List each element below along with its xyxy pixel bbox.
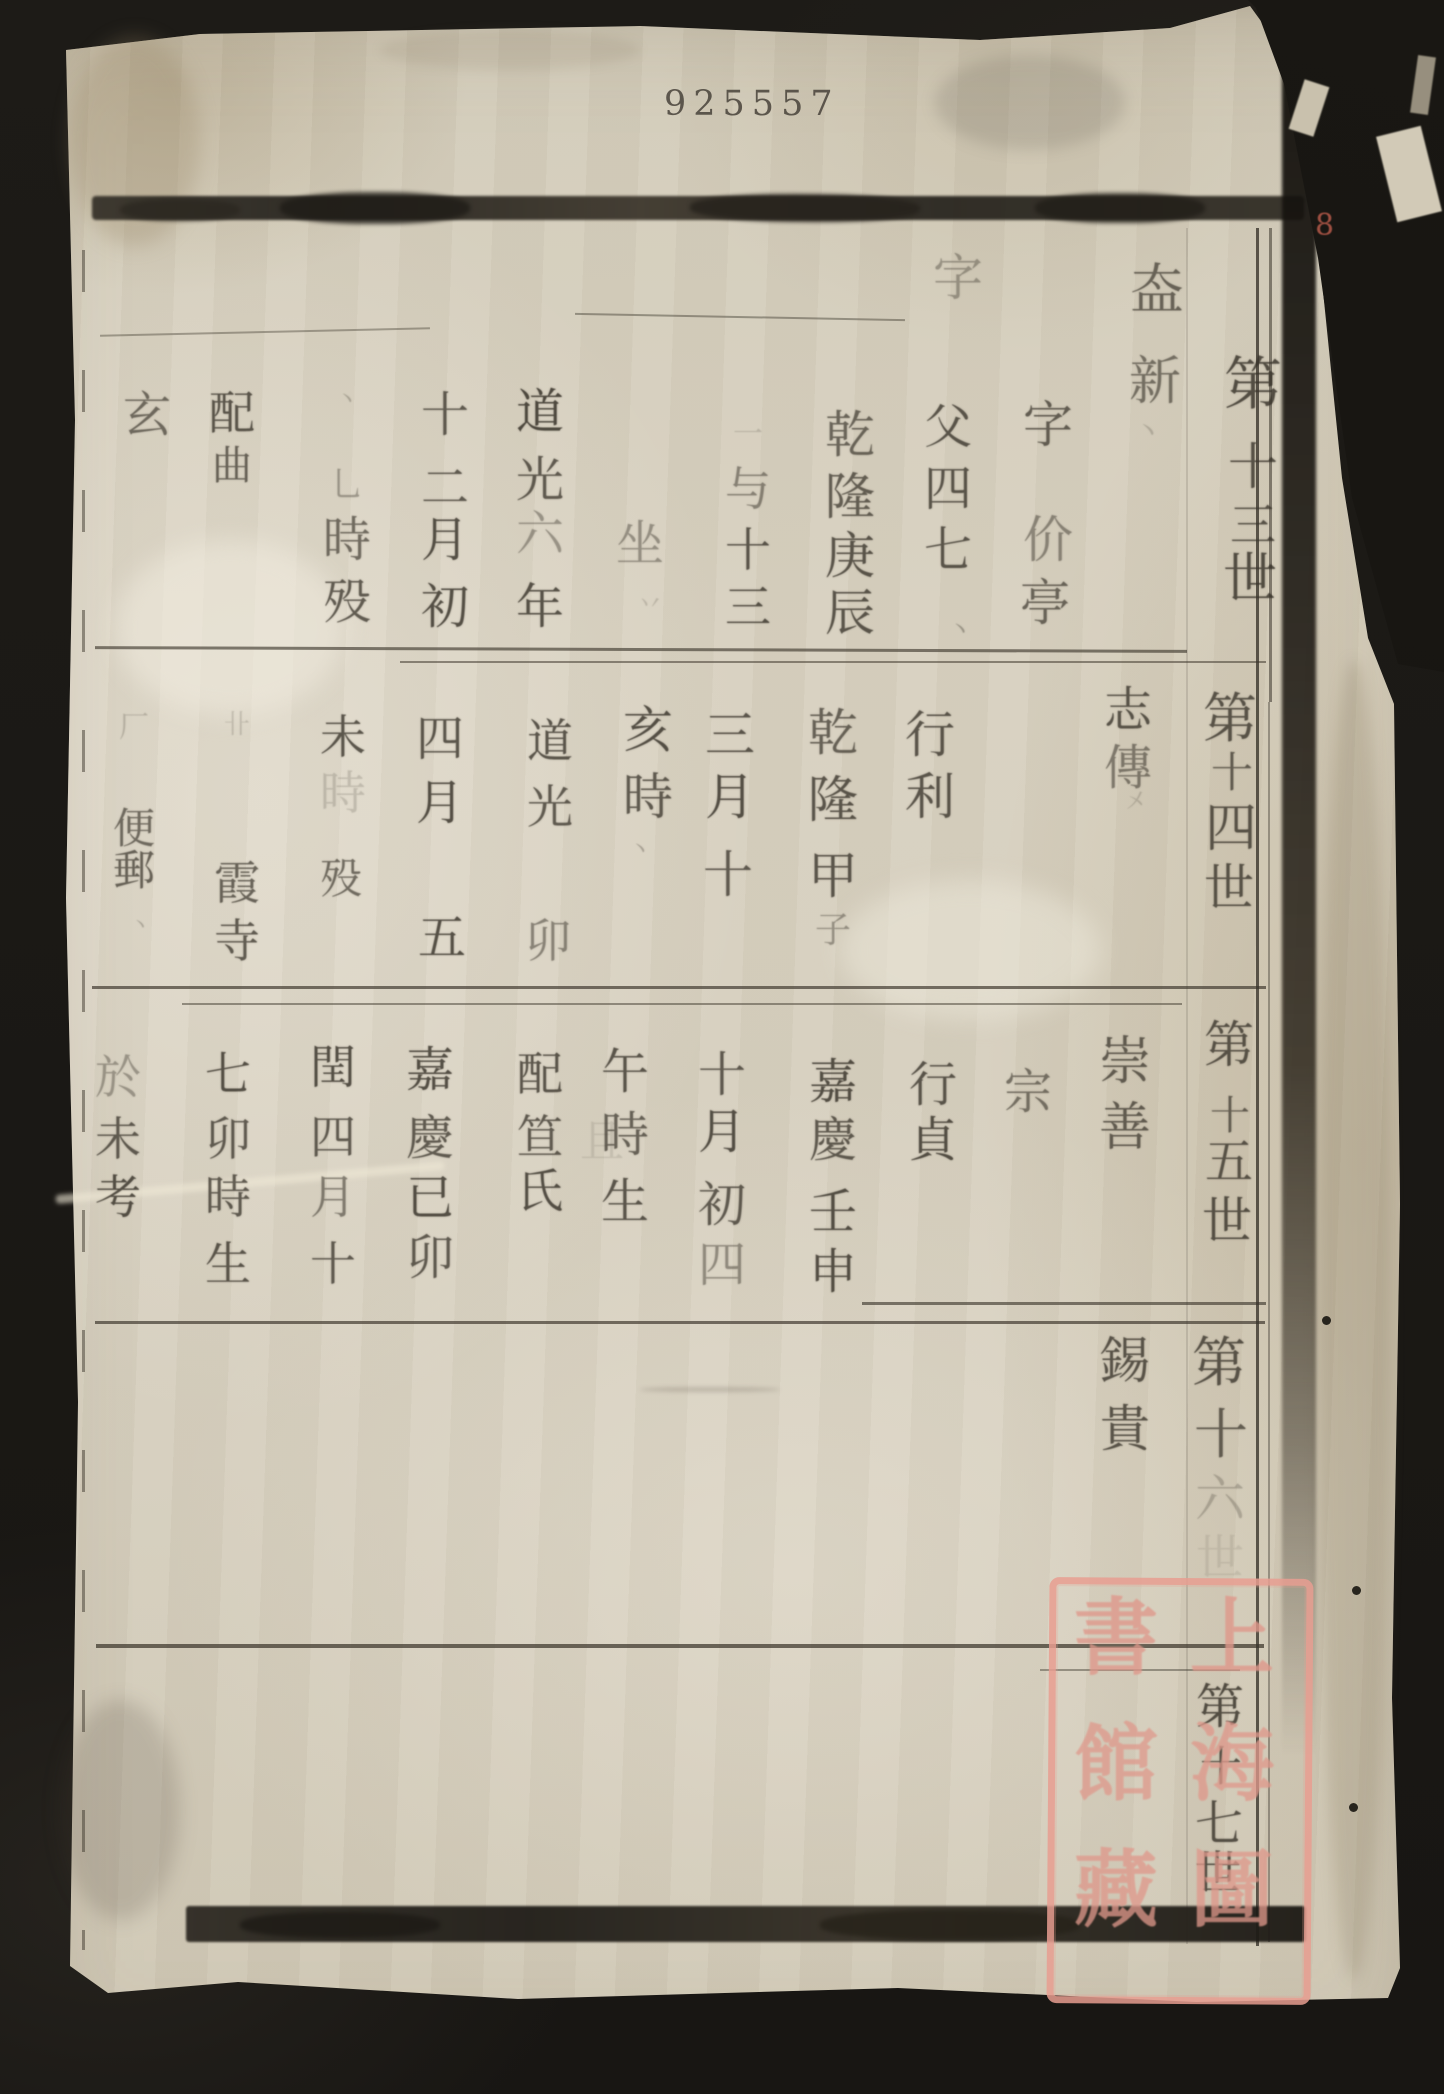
- gen13-col-rank-char: 七: [924, 526, 972, 574]
- gen14-label-char: 世: [1204, 863, 1254, 913]
- gen15-col-birth-year-char: 壬: [809, 1188, 857, 1236]
- gen14-col-death-year-char: 光: [527, 784, 573, 830]
- gen14-col-death-month-char: 五: [418, 914, 466, 962]
- bleedthrough-mark-char: 且: [580, 1120, 624, 1164]
- gen15-col-spouse-char: 笪: [517, 1114, 563, 1160]
- gen15-label-char: 五: [1205, 1138, 1253, 1186]
- gen15-col-spouse-birth-year-char: 卯: [406, 1234, 454, 1282]
- gen14-col-death-hour-char: 時: [320, 770, 366, 816]
- gen14-label-char: 四: [1205, 803, 1257, 855]
- gen13-col-age-char: 一: [733, 420, 763, 450]
- gen14-col-birth-year-char: 隆: [808, 775, 858, 825]
- gen13-col-faded-char: 坐: [616, 520, 664, 568]
- gen15-col-spouse-birth-year-char: 嘉: [406, 1046, 454, 1094]
- gen14-col-death-year-char: 卯: [525, 918, 571, 964]
- gen15-col-birth-year-char: 嘉: [809, 1058, 857, 1106]
- gen13-col-rank-char: 父: [924, 403, 972, 451]
- gen15-col-birth-hour-char: 生: [601, 1178, 649, 1226]
- gen13-col-age-char: 与: [725, 466, 771, 512]
- gen15-col-spouse-birth-hour-char: 卯: [205, 1116, 251, 1162]
- header-scribble-char: 字: [933, 253, 983, 303]
- gen15-col-birth-year-char: 慶: [809, 1116, 857, 1164]
- gen14-col-birth-month-char: 十: [703, 850, 753, 900]
- gen13-label-char: 十: [1228, 442, 1278, 492]
- gen14-col-death-hour-char: 未: [320, 714, 366, 760]
- gen15-col-spouse-birth-month-char: 閏: [310, 1044, 356, 1090]
- gen15-col-spouse-birth-year-char: 慶: [406, 1114, 454, 1162]
- seal-left-column-char: 藏: [1074, 1848, 1158, 1932]
- gen13-col-birth-year-char: 庚: [825, 531, 875, 581]
- gen14-col-birth-hour-char: 丶: [629, 840, 651, 862]
- gen15-col-spouse-birth-hour-char: 生: [205, 1241, 251, 1287]
- gen14-name-char: 志: [1104, 686, 1152, 734]
- gen13-name-char: 盇: [1130, 263, 1184, 317]
- vertical-text-layer: 字第十三世盇新丶字价亭父四七丶乾隆庚辰一与十三坐丷道光六年十二月初丶乚時殁配曲玄…: [0, 0, 1444, 2094]
- gen16-label-char: 十: [1194, 1408, 1248, 1462]
- gen14-col-birth-year-char: 乾: [808, 708, 858, 758]
- gen15-col-spouse-birth-month-char: 十: [310, 1241, 356, 1287]
- gen15-col-birth-hour-char: 午: [601, 1048, 649, 1096]
- gen13-col-death-hour-char: 丶: [336, 390, 358, 412]
- gen14-name-char: 傳: [1104, 744, 1152, 792]
- gen15-col-birth-month-char: 十: [698, 1051, 746, 1099]
- gen15-col-spouse-birth-month-char: 四: [310, 1114, 356, 1160]
- gen14-col-note-char: 便: [113, 808, 155, 850]
- gen15-col-spouse-birth-month-char: 月: [310, 1174, 356, 1220]
- gen13-col-rank-char: 四: [924, 465, 972, 513]
- gen13-col-rank-char: 丶: [948, 618, 972, 642]
- gen13-col-birth-year-char: 乾: [825, 410, 875, 460]
- gen14-col-burial-char: 卝: [224, 712, 250, 738]
- gen13-col-death-year-char: 光: [516, 456, 564, 504]
- gen15-name-char: 善: [1099, 1102, 1151, 1154]
- gen16-label-char: 世: [1196, 1534, 1244, 1582]
- gen13-name-char: 丶: [1134, 418, 1162, 446]
- gen13-col-death-month-char: 十: [421, 391, 469, 439]
- seal-left-column-char: 館: [1074, 1722, 1158, 1806]
- gen14-col-burial-char: 寺: [214, 918, 260, 964]
- gen13-col-death-hour-char: 時: [323, 516, 371, 564]
- gen14-col-death-year-char: 道: [527, 718, 573, 764]
- gen14-col-note-char: 厂: [119, 713, 149, 743]
- gen15-col-rank-char: 貞: [909, 1116, 957, 1164]
- gen13-col-death-year-char: 六: [516, 510, 564, 558]
- gen14-col-birth-year-char: 甲: [808, 851, 858, 901]
- gen15-col-spouse-char: 配: [517, 1051, 563, 1097]
- gen14-col-burial-char: 霞: [214, 860, 260, 906]
- gen15-col-birth-month-char: 月: [698, 1108, 746, 1156]
- gen15-col-spouse-char: 氏: [517, 1168, 563, 1214]
- gen14-label-char: 十: [1211, 752, 1253, 794]
- gen15-col-note-char: 於: [95, 1054, 141, 1100]
- gen13-name-char: 新: [1129, 356, 1181, 408]
- gen16-name-char: 錫: [1100, 1336, 1150, 1386]
- gen13-col-courtesy-char: 价: [1023, 515, 1073, 565]
- gen13-col-age-char: 三: [725, 584, 771, 630]
- gen16-label-char: 六: [1195, 1474, 1245, 1524]
- gen14-label-char: 第: [1203, 692, 1257, 746]
- gen15-col-note-char: 未: [95, 1116, 141, 1162]
- gen13-col-death-month-char: 月: [421, 516, 469, 564]
- gen13-col-death-hour-char: 殁: [323, 578, 371, 626]
- gen14-col-birth-hour-char: 亥: [623, 705, 673, 755]
- gen15-col-birth-month-char: 初: [698, 1181, 746, 1229]
- gen14-col-rank-char: 行: [905, 710, 955, 760]
- gen14-col-birth-year-char: 子: [815, 913, 851, 949]
- gen14-col-death-month-char: 月: [416, 779, 464, 827]
- gen15-col-note-char: 考: [95, 1174, 141, 1220]
- gen14-col-death-month-char: 四: [416, 715, 464, 763]
- gen13-col-death-year-char: 年: [516, 583, 564, 631]
- seal-left-column-char: 書: [1074, 1596, 1158, 1680]
- gen13-label-char: 三: [1230, 502, 1276, 548]
- gen14-col-birth-hour-char: 時: [623, 772, 673, 822]
- gen15-label-char: 世: [1202, 1196, 1252, 1246]
- gen14-col-death-hour-char: 殁: [320, 858, 362, 900]
- gen13-col-death-hour-char: 乚: [330, 468, 364, 502]
- gen13-col-birth-year-char: 隆: [825, 472, 875, 522]
- gen15-col-spouse-birth-hour-char: 七: [205, 1051, 251, 1097]
- gen14-name-char: 㐅: [1125, 792, 1147, 814]
- gen13-col-death-year-char: 道: [516, 388, 564, 436]
- seal-right-column-char: 圖: [1190, 1848, 1274, 1932]
- gen15-col-zong-char: 宗: [1004, 1068, 1052, 1116]
- gen14-col-rank-char: 利: [905, 772, 955, 822]
- gen15-label-char: 十: [1210, 1096, 1250, 1136]
- gen15-name-char: 崇: [1099, 1036, 1151, 1088]
- gen13-col-courtesy-char: 亭: [1020, 578, 1070, 628]
- gen13-label-char: 世: [1223, 552, 1277, 606]
- gen15-col-spouse-birth-hour-char: 時: [205, 1174, 251, 1220]
- scanned-genealogy-photo: 925557 8 字第十三世盇新丶字价亭父四七丶乾隆庚辰一与十三坐丷道光六年十二…: [0, 0, 1444, 2094]
- gen13-col-death-month-char: 二: [421, 464, 469, 512]
- gen14-col-birth-month-char: 三: [705, 710, 755, 760]
- gen16-name-char: 貴: [1100, 1404, 1150, 1454]
- gen14-col-birth-month-char: 月: [705, 772, 755, 822]
- gen15-col-birth-year-char: 申: [809, 1248, 857, 1296]
- gen13-col-age-char: 十: [725, 527, 771, 573]
- gen13-col-birth-year-char: 辰: [825, 588, 875, 638]
- gen13-label-char: 第: [1224, 355, 1282, 413]
- gen15-col-spouse-birth-year-char: 已: [406, 1174, 454, 1222]
- seal-right-column-char: 海: [1190, 1722, 1274, 1806]
- gen14-col-note-char: 郵: [113, 850, 155, 892]
- gen13-col-courtesy-char: 字: [1023, 400, 1073, 450]
- gen13-col-left-faded-char: 玄: [123, 391, 171, 439]
- gen13-col-faded-char: 丷: [637, 592, 663, 618]
- gen13-col-spouse-char: 曲: [212, 446, 252, 486]
- gen15-label-char: 第: [1204, 1020, 1254, 1070]
- gen14-col-note-char: 丶: [130, 915, 150, 935]
- gen16-label-char: 第: [1192, 1336, 1246, 1390]
- gen15-col-rank-char: 行: [909, 1061, 957, 1109]
- gen15-col-birth-month-char: 四: [698, 1241, 746, 1289]
- gen13-col-spouse-char: 配: [209, 390, 255, 436]
- seal-right-column-char: 上: [1190, 1596, 1274, 1680]
- gen13-col-death-month-char: 初: [421, 583, 469, 631]
